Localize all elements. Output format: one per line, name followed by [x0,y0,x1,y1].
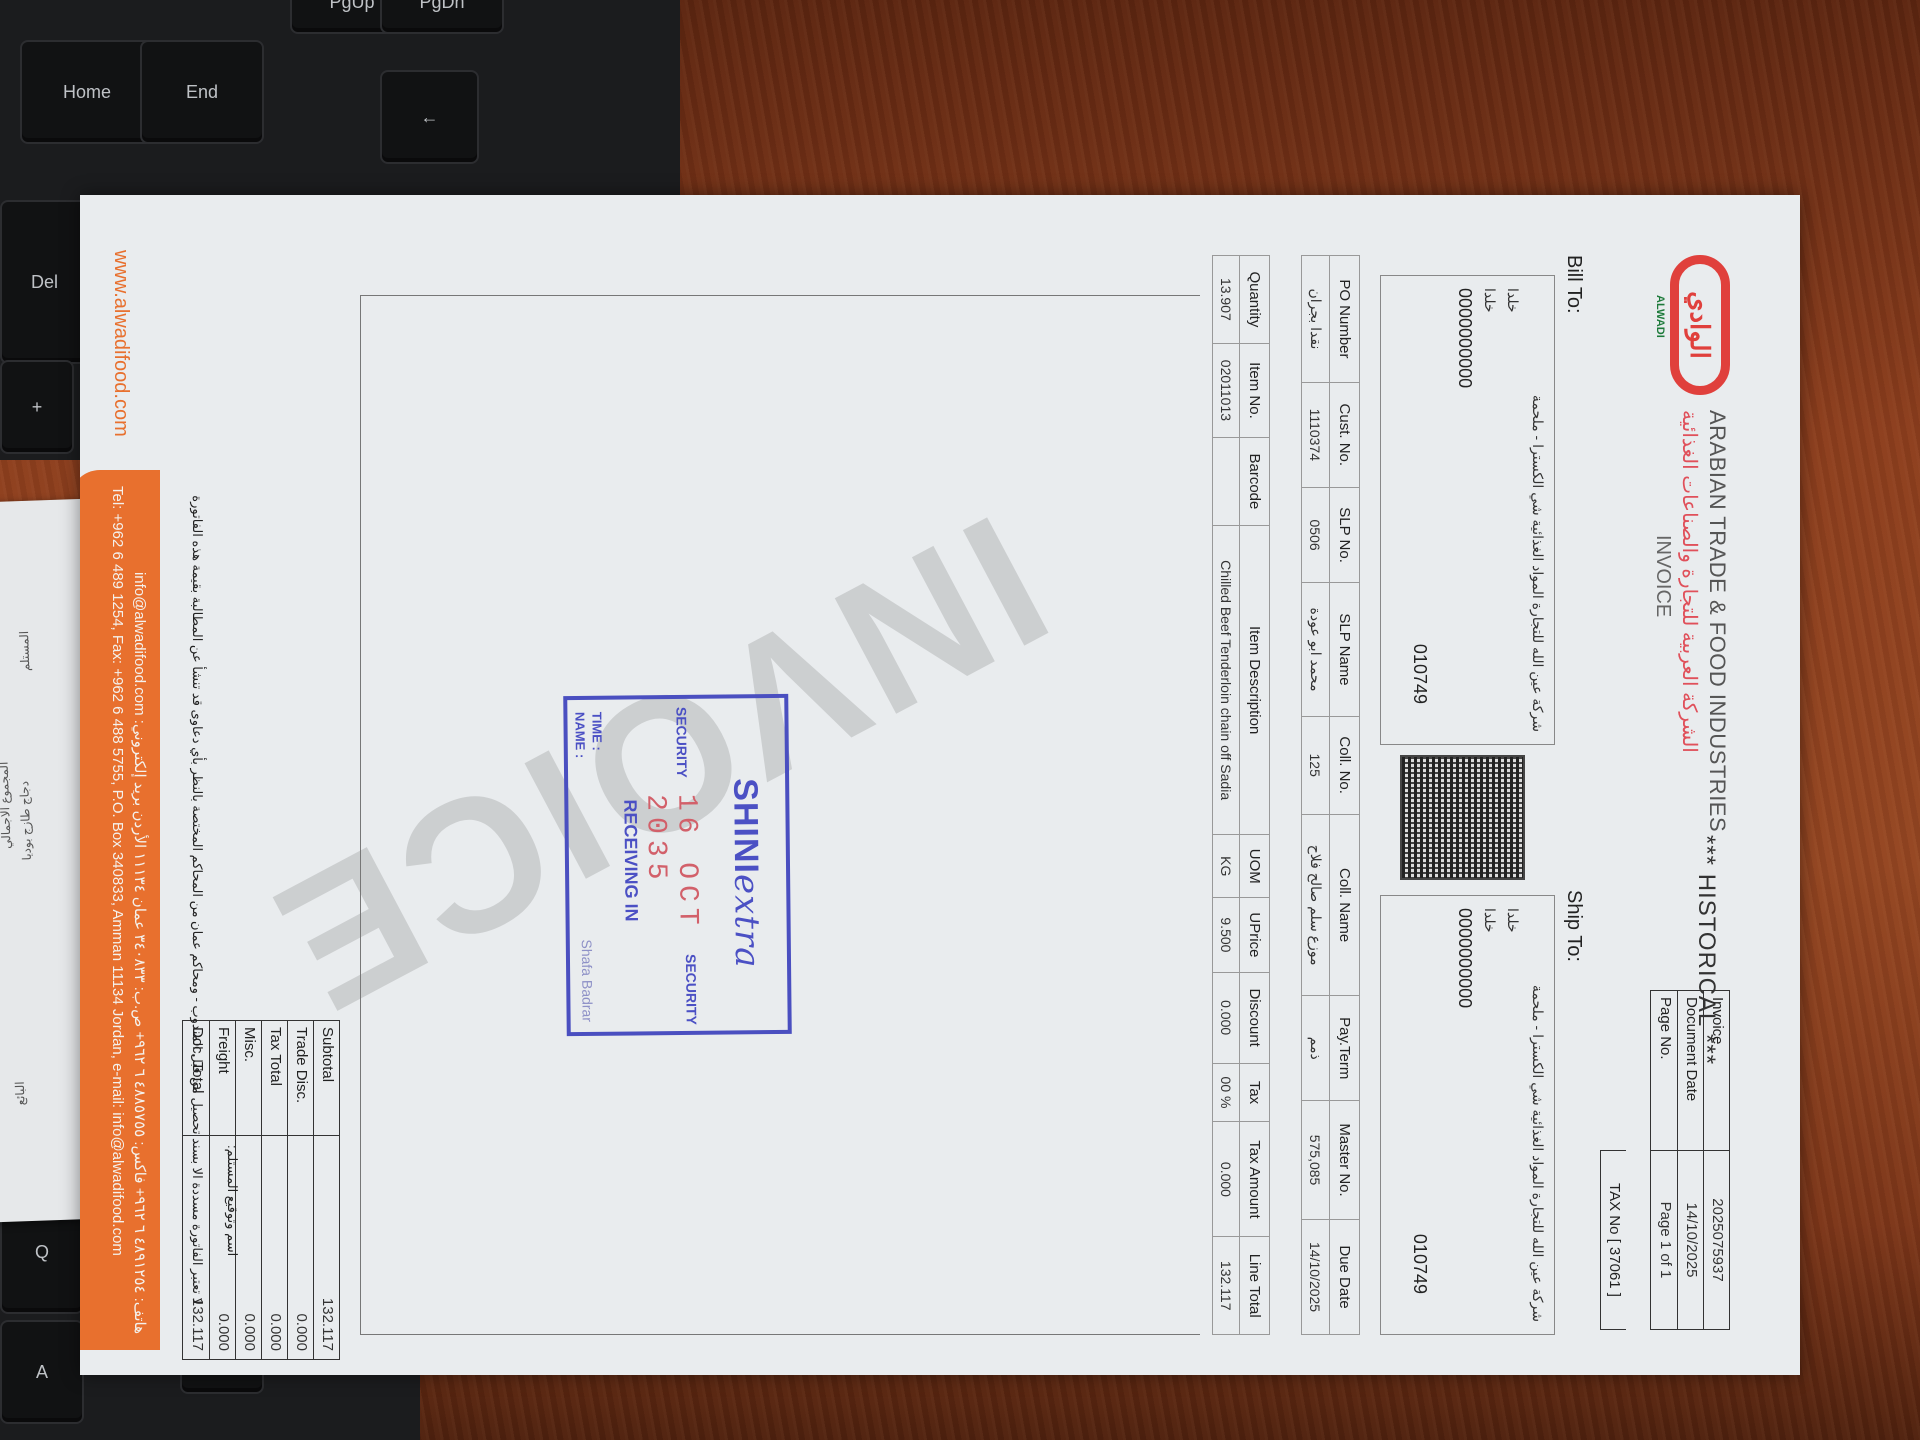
contact-line-en: Tel: +962 6 489 1254, Fax: +962 6 488 57… [106,486,128,1334]
column-header: UPrice [1240,898,1270,973]
ship-to-name: شركة عين الله للتجارة المواد الغذائية شي… [1529,908,1546,1322]
order-info-table: PO NumberCust. No.SLP No.SLP NameColl. N… [1301,255,1360,1335]
meta-row-invoice: Invoice2025075937 [1703,991,1729,1329]
totals-row-subtotal: Subtotal132.117 [313,1021,339,1359]
column-header: Item Description [1240,525,1270,835]
stamp-brand: SHINIextra [725,778,767,969]
ship-to-account: 010749 [1409,1234,1430,1294]
table-cell: Chilled Beef Tenderloin chain off Sadia [1213,525,1240,835]
table-cell: 1110374 [1302,382,1330,487]
table-cell: موزع سلم صالح فلاح [1302,814,1330,996]
legal-disclaimer: لا تعتبر الفاتورة مسددة الا بسند تحصيل م… [189,305,205,1305]
table-cell: 14/10/2025 [1302,1220,1330,1335]
table-cell: ذمم [1302,996,1330,1100]
receiving-stamp: SHINIextra SECURITY 16 OCT 2035 SECURITY… [563,694,792,1036]
column-header: Due Date [1330,1220,1360,1335]
contact-line-ar: هاتف: ٤٨٩١٢٥٤ ٦ ٩٦٢+ فاكس: ٤٨٨٥٧٥٥ ٦ ٩٦٢… [128,486,150,1334]
order-info-header: PO NumberCust. No.SLP No.SLP NameColl. N… [1330,256,1360,1335]
arrow-left-key[interactable]: ← [380,70,479,164]
table-cell: نقدا بجران [1302,256,1330,383]
table-cell: KG [1213,835,1240,898]
bill-to-heading: Bill To: [1562,255,1585,314]
table-cell: محمد ابو عودة [1302,583,1330,716]
line-items-table: QuantityItem No.BarcodeItem DescriptionU… [1212,255,1270,1335]
table-cell: 0.000 [1213,1122,1240,1237]
company-name-ar: الشركة العربية للتجارة والصناعات الغذائي… [1677,410,1702,753]
column-header: Coll. Name [1330,814,1360,996]
stamp-security-right: SECURITY [683,954,700,1025]
column-header: Barcode [1240,438,1270,526]
column-header: Line Total [1240,1237,1270,1335]
column-header: UOM [1240,835,1270,898]
column-header: Cust. No. [1330,382,1360,487]
table-row: 13.90702011013Chilled Beef Tenderloin ch… [1213,256,1240,1335]
invoice-meta-table: Invoice2025075937 Document Date14/10/202… [1650,990,1730,1330]
recipient-signature-label: اسم وتوقيع المستلم: [224,1145,240,1256]
column-header: Coll. No. [1330,716,1360,814]
column-header: Item No. [1240,343,1270,437]
column-header: Tax Amount [1240,1122,1270,1237]
side-note-label: المجموع الاجمالي [0,761,14,849]
stamp-signature: Shafa Badrar [579,939,596,1022]
table-cell: 02011013 [1213,343,1240,437]
stamp-security-left: SECURITY [673,707,690,778]
website-link[interactable]: www.alwadifood.com [109,250,132,437]
table-cell: 00 % [1213,1063,1240,1122]
table-cell: 125 [1302,716,1330,814]
totals-row-trade-disc: Trade Disc.0.000 [287,1021,313,1359]
meta-row-page: Page No.Page 1 of 1 [1651,991,1677,1329]
contact-footer-bar: هاتف: ٤٨٩١٢٥٤ ٦ ٩٦٢+ فاكس: ٤٨٨٥٧٥٥ ٦ ٩٦٢… [80,470,160,1350]
column-header: Quantity [1240,256,1270,344]
meta-row-document-date: Document Date14/10/2025 [1677,991,1703,1329]
invoice-photo: الوادي ALWADI ARABIAN TRADE & FOOD INDUS… [80,195,1800,1375]
totals-table: Subtotal132.117 Trade Disc.0.000 Tax Tot… [182,1020,340,1360]
key-a[interactable]: A [0,1320,84,1424]
alwadi-logo: الوادي [1670,255,1730,395]
key-end[interactable]: End [140,40,264,144]
ship-to-heading: Ship To: [1562,890,1585,962]
column-header: Master No. [1330,1100,1360,1219]
key-plus[interactable]: + [0,360,74,454]
document-type: INVOICE [1651,535,1674,617]
line-items-header: QuantityItem No.BarcodeItem DescriptionU… [1240,256,1270,1335]
column-header: Pay.Term [1330,996,1360,1100]
table-cell: 13.907 [1213,256,1240,344]
table-cell: 0.000 [1213,972,1240,1063]
key-home[interactable]: Home [20,40,154,144]
table-cell: 575,085 [1302,1100,1330,1219]
ship-to-code: 0000000000 [1454,908,1475,1322]
key-del[interactable]: Del [0,200,89,364]
table-cell: 132.117 [1213,1237,1240,1335]
ship-to-address: شركة عين الله للتجارة المواد الغذائية شي… [1380,895,1555,1335]
bill-to-code: 0000000000 [1454,288,1475,732]
column-header: Tax [1240,1063,1270,1122]
bill-to-address: شركة عين الله للتجارة المواد الغذائية شي… [1380,275,1555,745]
totals-row-tax-total: Tax Total0.000 [261,1021,287,1359]
stamp-time-label: TIME : [589,712,604,751]
side-note-label: دجاج طازج بوديا [17,781,34,861]
column-header: SLP No. [1330,487,1360,583]
side-note-label: المستلم [17,631,32,672]
table-cell: 9.500 [1213,898,1240,973]
column-header: PO Number [1330,256,1360,383]
invoice-document: الوادي ALWADI ARABIAN TRADE & FOOD INDUS… [80,195,1800,1375]
bill-to-account: 010749 [1409,644,1430,704]
tax-number: TAX No [ 37061 ] [1600,1150,1626,1330]
table-row: نقدا بجران11103740506محمد ابو عودة125موز… [1302,256,1330,1335]
column-header: Discount [1240,972,1270,1063]
key-pgdn[interactable]: PgDn [380,0,504,34]
column-header: SLP Name [1330,583,1360,716]
bill-to-name: شركة عين الله للتجارة المواد الغذائية شي… [1529,288,1546,732]
table-cell [1213,438,1240,526]
stamp-receiving: RECEIVING IN [619,799,641,921]
side-note-label: البائع [13,1081,28,1105]
logo-subtitle: ALWADI [1654,295,1666,338]
stamp-name-label: NAME : [572,712,587,758]
table-cell: 0506 [1302,487,1330,583]
qr-code [1400,755,1525,880]
company-name-en: ARABIAN TRADE & FOOD INDUSTRIES [1704,410,1730,832]
